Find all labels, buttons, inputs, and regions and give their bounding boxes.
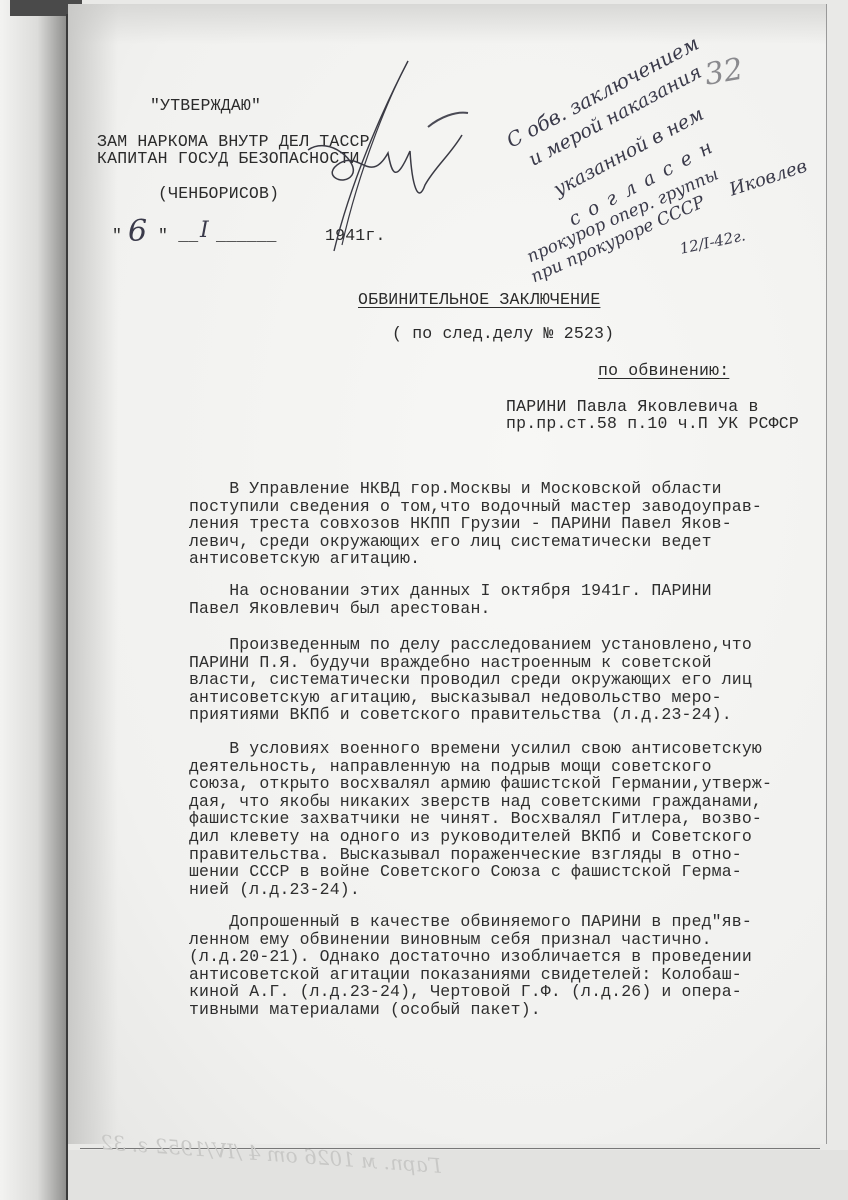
sheet-number: 32 (702, 52, 746, 93)
paragraph-line: Допрошенный в качестве обвиняемого ПАРИН… (189, 913, 752, 931)
paragraph-line: антисоветской агитации показаниями свиде… (189, 966, 752, 984)
paragraph-line: Произведенным по делу расследованием уст… (189, 636, 752, 654)
paragraph-line: приятиями ВКПб и советского правительств… (189, 706, 752, 724)
paragraph-line: (л.д.20-21). Однако достаточно изобличае… (189, 948, 752, 966)
body-paragraph: В Управление НКВД гор.Москвы и Московско… (189, 480, 762, 568)
paragraph-line: левич, среди окружающих его лиц системат… (189, 533, 762, 551)
paragraph-line: ленном ему обвинении виновным себя призн… (189, 931, 752, 949)
paragraph-line: ления треста совхозов НКПП Грузии - ПАРИ… (189, 515, 762, 533)
body-paragraph: В условиях военного времени усилил свою … (189, 740, 772, 898)
paragraph-line: киной А.Г. (л.д.23-24), Чертовой Г.Ф. (л… (189, 983, 752, 1001)
body-paragraph: На основании этих данных I октября 1941г… (189, 582, 712, 617)
paragraph-line: поступили сведения о том,что водочный ма… (189, 498, 762, 516)
paragraph-line: В Управление НКВД гор.Москвы и Московско… (189, 480, 762, 498)
body-paragraph: Допрошенный в качестве обвиняемого ПАРИН… (189, 913, 752, 1019)
date-day-handwritten: 6 (128, 214, 147, 249)
signature (300, 55, 500, 275)
case-reference: ( по след.делу № 2523) (392, 326, 614, 343)
paragraph-line: Павел Яковлевич был арестован. (189, 600, 712, 618)
paragraph-line: деятельность, направленную на подрыв мощ… (189, 758, 772, 776)
paragraph-line: нией (л.д.23-24). (189, 881, 772, 899)
paragraph-line: На основании этих данных I октября 1941г… (189, 582, 712, 600)
date-month-handwritten: I (200, 218, 209, 243)
approver-name: (ЧЕНБОРИСОВ) (158, 186, 279, 203)
binder-margin (0, 0, 68, 1200)
paragraph-line: дил клевету на одного из руководителей В… (189, 828, 772, 846)
body-paragraph: Произведенным по делу расследованием уст… (189, 636, 752, 724)
paragraph-line: дая, что якобы никаких зверств над совет… (189, 793, 772, 811)
paragraph-line: В условиях военного времени усилил свою … (189, 740, 772, 758)
paragraph-line: антисоветскую агитацию. (189, 550, 762, 568)
paragraph-line: антисоветскую агитацию, высказывал недов… (189, 689, 752, 707)
paragraph-line: правительства. Высказывал пораженческие … (189, 846, 772, 864)
paragraph-line: фашистские захватчики не чинят. Восхваля… (189, 810, 772, 828)
paragraph-line: власти, систематически проводил среди ок… (189, 671, 752, 689)
paragraph-line: шении СССР в войне Советского Союза с фа… (189, 863, 772, 881)
paragraph-line: союза, открыто восхвалял армию фашистско… (189, 775, 772, 793)
charge-heading: по обвинению: (598, 363, 729, 380)
charge-line2: пр.пр.ст.58 п.10 ч.П УК РСФСР (506, 416, 799, 433)
paragraph-line: ПАРИНИ П.Я. будучи враждебно настроенным… (189, 654, 752, 672)
document-title: ОБВИНИТЕЛЬНОЕ ЗАКЛЮЧЕНИЕ (358, 292, 600, 309)
approval-stamp: "УТВЕРЖДАЮ" (150, 98, 261, 115)
paragraph-line: тивными материалами (особый пакет). (189, 1001, 752, 1019)
